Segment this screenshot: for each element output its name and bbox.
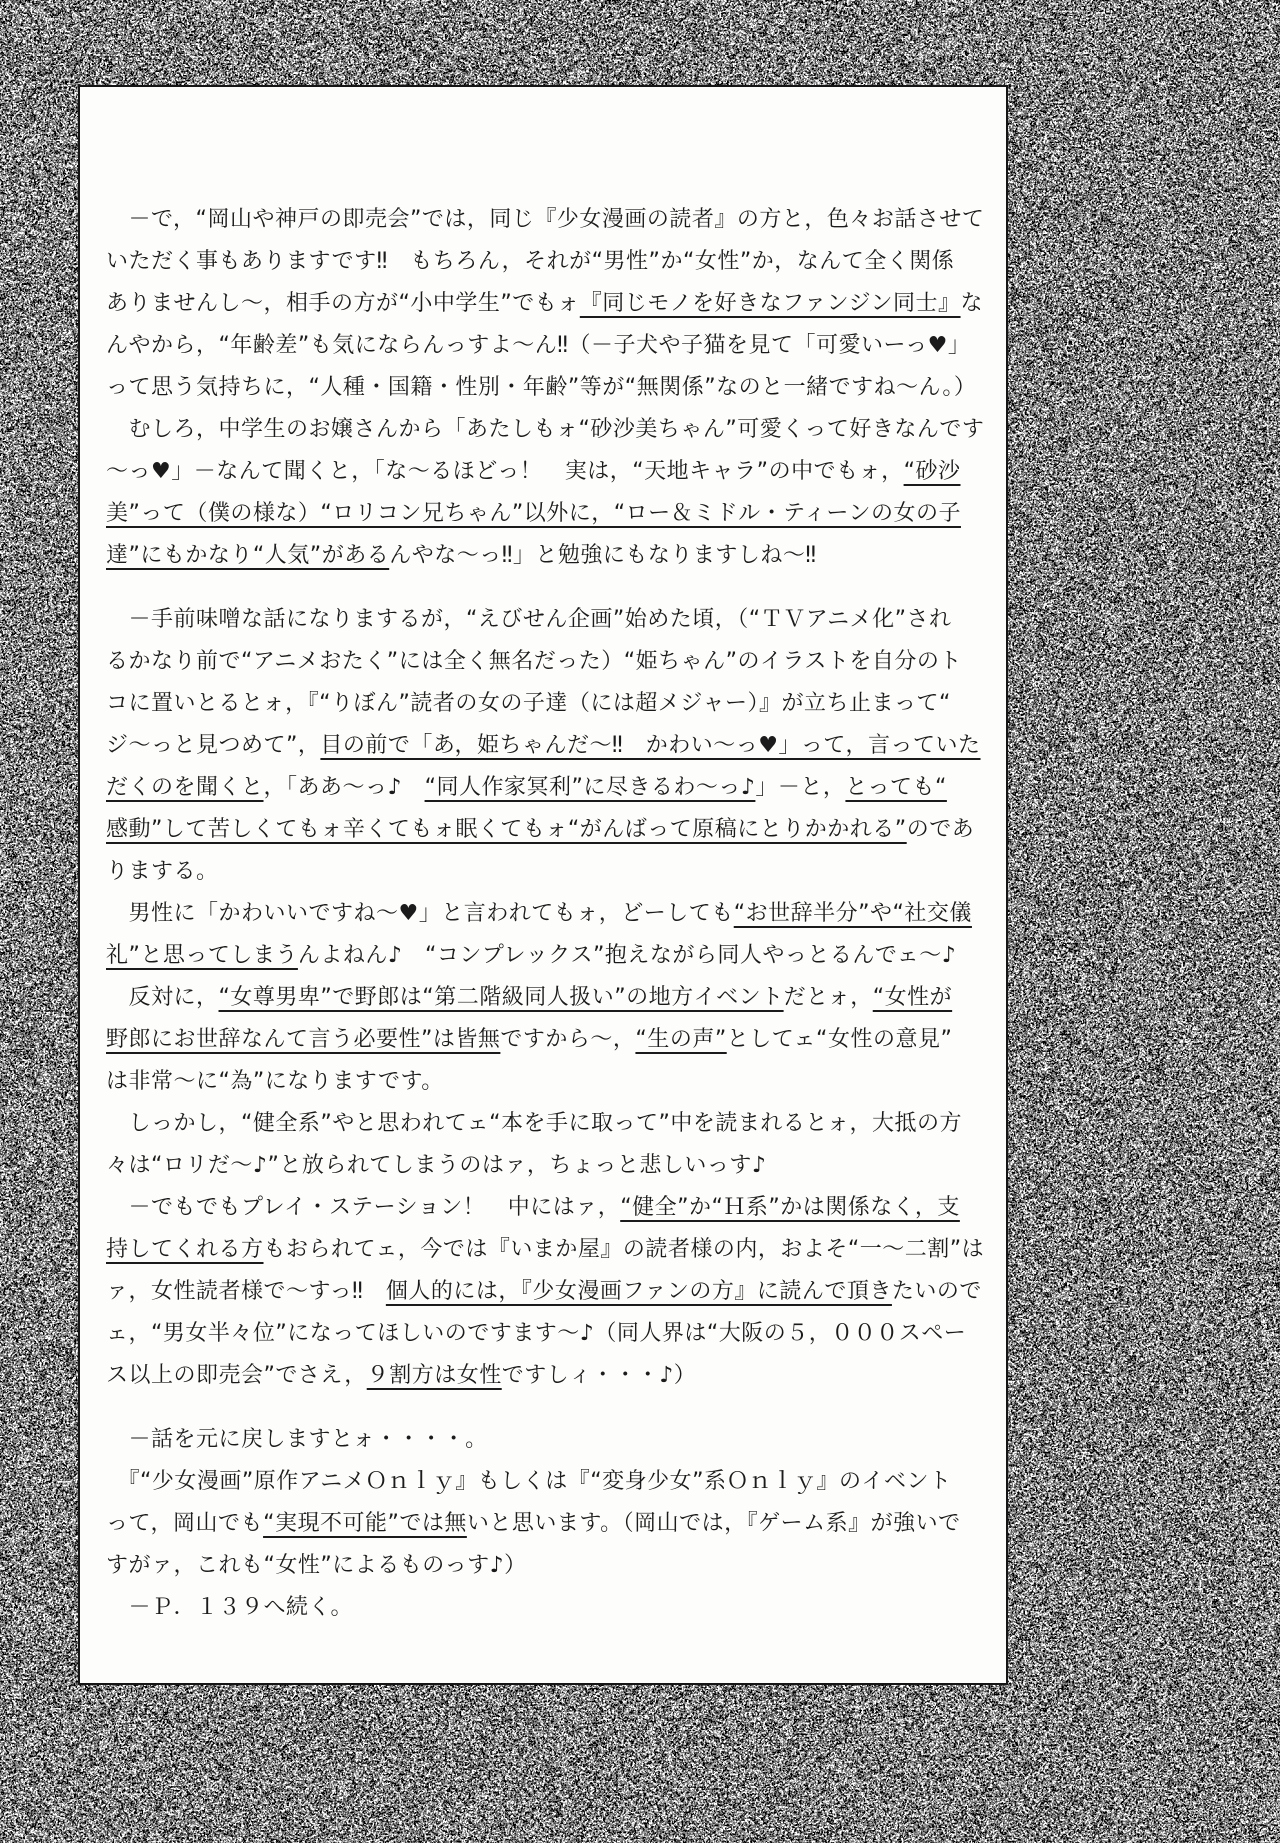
text-line: いただく事もありますです‼ もちろん，それが“男性”か“女性”か，なんて全く関係	[106, 241, 1006, 283]
text-run: るかなり前で“アニメおたく”には全く無名だった）“姫ちゃん”のイラストを自分のト	[106, 649, 962, 674]
text-line: 感動”して苦しくてもォ辛くてもォ眠くてもォ“がんばって原稿にとりかかれる”のであ	[106, 809, 1006, 851]
text-run: 々は“ロリだ〜♪”と放られてしまうのはァ，ちょっと悲しいっす♪	[106, 1153, 766, 1178]
text-line: －で，“岡山や神戸の即売会”では，同じ『少女漫画の読者』の方と，色々お話させて	[106, 199, 1006, 241]
text-line: んやから，“年齢差”も気にならんっすよ〜ん‼（－子犬や子猫を見て「可愛いーっ♥」	[106, 325, 1006, 367]
text-run: －でもでもプレイ・ステーション！ 中にはァ，	[106, 1195, 620, 1220]
paragraph-block: －手前味噌な話になりまするが，“えびせん企画”始めた頃，（“ＴＶアニメ化”される…	[106, 599, 1006, 1397]
text-line: りまする。	[106, 851, 1006, 893]
text-line: は非常〜に“為”になりますです。	[106, 1061, 1006, 1103]
underlined-text: 『同じモノを好きなファンジン同士』	[580, 291, 961, 316]
text-line: だくのを聞くと，「ああ〜っ♪ “同人作家冥利”に尽きるわ〜っ♪」－と，とっても“	[106, 767, 1006, 809]
text-line: 々は“ロリだ〜♪”と放られてしまうのはァ，ちょっと悲しいっす♪	[106, 1145, 1006, 1187]
underlined-text: “健全”か“Ｈ系”かは関係なく，支	[620, 1195, 960, 1220]
text-run: だとォ，	[784, 985, 873, 1010]
paragraph-block: －で，“岡山や神戸の即売会”では，同じ『少女漫画の読者』の方と，色々お話させてい…	[106, 199, 1006, 577]
text-line: ァ，女性読者様で〜すっ‼ 個人的には，『少女漫画ファンの方』に読んで頂きたいので	[106, 1271, 1006, 1313]
text-line: 美”って（僕の様な）“ロリコン兄ちゃん”以外に，“ロー＆ミドル・ティーンの女の子	[106, 493, 1006, 535]
text-run: のであ	[907, 817, 975, 842]
underlined-text: “同人作家冥利”に尽きるわ〜っ♪	[425, 775, 756, 800]
text-run: ですしィ・・・♪）	[502, 1363, 697, 1388]
text-line: って思う気持ちに，“人種・国籍・性別・年齢”等が“無関係”なのと一緒ですね〜ん。…	[106, 367, 1006, 409]
text-run: としてェ“女性の意見”	[727, 1027, 953, 1052]
text-line: ェ，“男女半々位”になってほしいのですます〜♪（同人界は“大阪の５，０００スペー	[106, 1313, 1006, 1355]
text-run: 」－と，	[755, 775, 845, 800]
underlined-text: ９割方は女性	[367, 1363, 502, 1388]
text-run: しっかし，“健全系”やと思われてェ“本を手に取って”中を読まれるとォ，大抵の方	[106, 1111, 962, 1136]
text-run: －手前味噌な話になりまするが，“えびせん企画”始めた頃，（“ＴＶアニメ化”され	[106, 607, 952, 632]
text-line: むしろ，中学生のお嬢さんから「あたしもォ“砂沙美ちゃん”可愛くって好きなんです	[106, 409, 1006, 451]
underlined-text: “生の声”	[635, 1027, 726, 1052]
text-run: ス以上の即売会”でさえ，	[106, 1363, 367, 1388]
text-line: －話を元に戻しますとォ・・・・。	[106, 1419, 1006, 1461]
text-run: いただく事もありますです‼ もちろん，それが“男性”か“女性”か，なんて全く関係	[106, 249, 954, 274]
text-run: んよねん♪ “コンプレックス”抱えながら同人やっとるんでェ〜♪	[298, 943, 956, 968]
underlined-text: 感動”して苦しくてもォ辛くてもォ眠くてもォ“がんばって原稿にとりかかれる”	[106, 817, 907, 842]
text-run: んやから，“年齢差”も気にならんっすよ〜ん‼（－子犬や子猫を見て「可愛いーっ♥」	[106, 333, 970, 358]
text-run: ，「ああ〜っ♪	[264, 775, 425, 800]
text-line: 持してくれる方もおられてェ，今では『いまか屋』の読者様の内，およそ“一〜二割”は	[106, 1229, 1006, 1271]
text-run: たいので	[892, 1279, 982, 1304]
text-line: 野郎にお世辞なんて言う必要性”は皆無ですから〜，“生の声”としてェ“女性の意見”	[106, 1019, 1006, 1061]
text-run: －で，“岡山や神戸の即売会”では，同じ『少女漫画の読者』の方と，色々お話させて	[106, 207, 984, 232]
text-run: いと思います。（岡山では，『ゲーム系』が強いで	[467, 1511, 961, 1536]
text-line: 礼”と思ってしまうんよねん♪ “コンプレックス”抱えながら同人やっとるんでェ〜♪	[106, 935, 1006, 977]
underlined-text: 達”にもかなり“人気”がある	[106, 543, 389, 568]
underlined-text: だくのを聞くと	[106, 775, 264, 800]
text-line: しっかし，“健全系”やと思われてェ“本を手に取って”中を読まれるとォ，大抵の方	[106, 1103, 1006, 1145]
text-run: ェ，“男女半々位”になってほしいのですます〜♪（同人界は“大阪の５，０００スペー	[106, 1321, 966, 1346]
text-line: ジ〜っと見つめて”，目の前で「あ，姫ちゃんだ〜‼ かわい〜っ♥」って，言っていた	[106, 725, 1006, 767]
text-run: って思う気持ちに，“人種・国籍・性別・年齢”等が“無関係”なのと一緒ですね〜ん。…	[106, 375, 976, 400]
scanned-page: －で，“岡山や神戸の即売会”では，同じ『少女漫画の読者』の方と，色々お話させてい…	[78, 85, 1008, 1685]
underlined-text: “女性が	[873, 985, 952, 1010]
underlined-text: “女尊男卑”で野郎は“第二階級同人扱い”の地方イベント	[219, 985, 784, 1010]
text-line: すがァ，これも“女性”によるものっす♪）	[106, 1545, 1006, 1587]
underlined-text: 礼”と思ってしまう	[106, 943, 298, 968]
text-run: ジ〜っと見つめて”，	[106, 733, 320, 758]
underlined-text: “お世辞半分”や“社交儀	[734, 901, 972, 926]
underlined-text: “砂沙	[904, 459, 961, 484]
text-run: って，岡山でも	[106, 1511, 263, 1536]
text-run: りまする。	[106, 859, 219, 884]
text-run: な	[961, 291, 984, 316]
text-run: －話を元に戻しますとォ・・・・。	[106, 1427, 488, 1452]
underlined-text: 持してくれる方	[106, 1237, 264, 1262]
text-run: もおられてェ，今では『いまか屋』の読者様の内，およそ“一〜二割”は	[264, 1237, 985, 1262]
text-run: は非常〜に“為”になりますです。	[106, 1069, 444, 1094]
text-line: －Ｐ．１３９へ続く。	[106, 1587, 1006, 1629]
underlined-text: 美”って（僕の様な）“ロリコン兄ちゃん”以外に，“ロー＆ミドル・ティーンの女の子	[106, 501, 961, 526]
paragraph-block: －話を元に戻しますとォ・・・・。 『“少女漫画”原作アニメＯｎｌｙ』もしくは『“…	[106, 1419, 1006, 1629]
text-line: ありませんし〜，相手の方が“小中学生”でもォ『同じモノを好きなファンジン同士』な	[106, 283, 1006, 325]
text-run: 反対に，	[106, 985, 219, 1010]
text-line: コに置いとるとォ，『“りぼん”読者の女の子達（には超メジャー）』が立ち止まって“	[106, 683, 1006, 725]
underlined-text: 野郎にお世辞なんて言う必要性”は皆無	[106, 1027, 500, 1052]
text-line: 反対に，“女尊男卑”で野郎は“第二階級同人扱い”の地方イベントだとォ，“女性が	[106, 977, 1006, 1019]
underlined-text: 個人的には，『少女漫画ファンの方』に読んで頂き	[386, 1279, 892, 1304]
text-line: ス以上の即売会”でさえ，９割方は女性ですしィ・・・♪）	[106, 1355, 1006, 1397]
text-run: －Ｐ．１３９へ続く。	[106, 1595, 353, 1620]
text-line: るかなり前で“アニメおたく”には全く無名だった）“姫ちゃん”のイラストを自分のト	[106, 641, 1006, 683]
text-run: 『“少女漫画”原作アニメＯｎｌｙ』もしくは『“変身少女”系Ｏｎｌｙ』のイベント	[106, 1469, 952, 1494]
underlined-text: “実現不可能”では無	[263, 1511, 467, 1536]
text-run: 〜っ♥」－なんて聞くと，「な〜るほどっ！ 実は，“天地キャラ”の中でもォ，	[106, 459, 904, 484]
text-run: ァ，女性読者様で〜すっ‼	[106, 1279, 386, 1304]
text-run: ありませんし〜，相手の方が“小中学生”でもォ	[106, 291, 580, 316]
text-line: 〜っ♥」－なんて聞くと，「な〜るほどっ！ 実は，“天地キャラ”の中でもォ，“砂沙	[106, 451, 1006, 493]
text-run: ですから〜，	[500, 1027, 635, 1052]
underlined-text: 目の前で「あ，姫ちゃんだ〜‼ かわい〜っ♥」って，言っていた	[320, 733, 980, 758]
text-line: 男性に「かわいいですね〜♥」と言われてもォ，どーしても“お世辞半分”や“社交儀	[106, 893, 1006, 935]
text-run: 男性に「かわいいですね〜♥」と言われてもォ，どーしても	[106, 901, 734, 926]
text-line: 『“少女漫画”原作アニメＯｎｌｙ』もしくは『“変身少女”系Ｏｎｌｙ』のイベント	[106, 1461, 1006, 1503]
underlined-text: とっても“	[845, 775, 946, 800]
text-run: すがァ，これも“女性”によるものっす♪）	[106, 1553, 527, 1578]
page-text: －で，“岡山や神戸の即売会”では，同じ『少女漫画の読者』の方と，色々お話させてい…	[80, 87, 1006, 1629]
text-run: んやな〜っ‼」と勉強にもなりますしね〜‼	[389, 543, 816, 568]
text-line: －手前味噌な話になりまするが，“えびせん企画”始めた頃，（“ＴＶアニメ化”され	[106, 599, 1006, 641]
text-run: むしろ，中学生のお嬢さんから「あたしもォ“砂沙美ちゃん”可愛くって好きなんです	[106, 417, 984, 442]
text-line: って，岡山でも“実現不可能”では無いと思います。（岡山では，『ゲーム系』が強いで	[106, 1503, 1006, 1545]
text-line: －でもでもプレイ・ステーション！ 中にはァ，“健全”か“Ｈ系”かは関係なく，支	[106, 1187, 1006, 1229]
text-line: 達”にもかなり“人気”があるんやな〜っ‼」と勉強にもなりますしね〜‼	[106, 535, 1006, 577]
text-run: コに置いとるとォ，『“りぼん”読者の女の子達（には超メジャー）』が立ち止まって“	[106, 691, 951, 716]
